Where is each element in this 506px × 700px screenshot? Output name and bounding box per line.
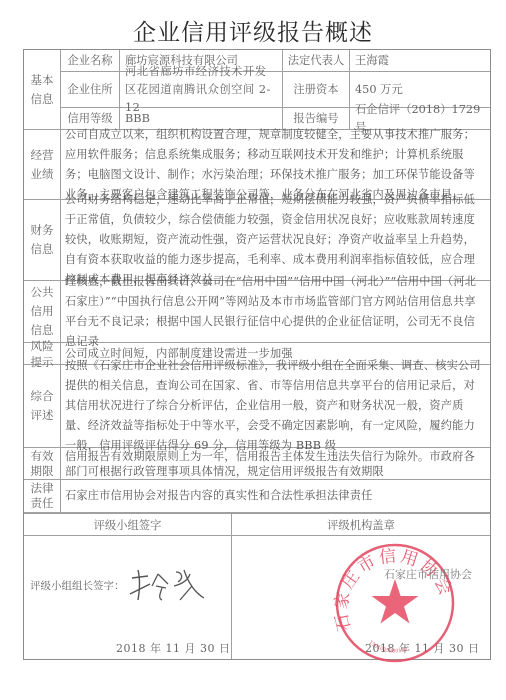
field-label: 企业名称 (61, 50, 120, 71)
rating-team-signature: 评级小组签字 评级小组组长签字： 2018 年 11 月 30 日 (24, 514, 232, 659)
field-label: 法定代表人 (283, 50, 350, 71)
section-text: 按照《石家庄市企业社会信用评级标准》，我评级小组在全面采集、调查、核实公司提供的… (61, 365, 490, 447)
section-text: 石家庄市信用协会对报告内容的真实性和合法性承担法律责任 (61, 480, 490, 512)
section-basic-info: 基本信息 企业名称 廊坊宸源科技有限公司 法定代表人 王海霞 企业住所 河北省廊… (24, 50, 490, 130)
handwritten-signature-icon (128, 564, 208, 604)
team-sign-date: 2018 年 11 月 30 日 (116, 640, 230, 656)
section-overall-review: 综合评述 按照《石家庄市企业社会信用评级标准》，我评级小组在全面采集、调查、核实… (24, 365, 490, 448)
field-label: 企业住所 (61, 72, 120, 107)
field-label: 注册资本 (283, 72, 350, 107)
section-text: 公司自成立以来，组织机构设置合理，规章制度较健全，主要从事技术推广服务；应用软件… (61, 130, 490, 199)
section-label: 有效期限 (24, 448, 61, 479)
svg-text:1301035200130: 1301035200130 (368, 640, 409, 655)
organization-name: 石家庄市信用协会 (384, 566, 472, 582)
basic-info-grid: 企业名称 廊坊宸源科技有限公司 法定代表人 王海霞 企业住所 河北省廊坊市经济技… (61, 50, 490, 129)
page-title: 企业信用评级报告概述 (0, 14, 506, 47)
rating-team-signature-body: 评级小组组长签字： 2018 年 11 月 30 日 (24, 536, 231, 659)
company-address: 河北省廊坊市经济技术开发区花园道南腾讯众创空间 2-12 (120, 72, 283, 107)
official-seal-icon: 石家庄市信用协会 1301035200130 (333, 541, 457, 665)
section-label: 风险提示 (24, 343, 61, 364)
section-label: 基本信息 (24, 50, 61, 129)
section-validity-period: 有效期限 信用报告有效期限原则上为一年，信用报告主体发生违法失信行为除外。市政府… (24, 448, 490, 480)
rating-agency-seal-header: 评级机构盖章 (232, 514, 490, 536)
section-label: 经营业绩 (24, 130, 61, 199)
section-label: 综合评述 (24, 365, 61, 447)
legal-representative: 王海霞 (350, 50, 490, 71)
section-text: 经核查，截止报告出具日，公司在“信用中国”“信用中国（河北）”“信用中国（河北石… (61, 281, 490, 342)
section-label: 法律责任 (24, 480, 61, 512)
section-text: 信用报告有效期限原则上为一年，信用报告主体发生违法失信行为除外。市政府各部门可根… (61, 448, 490, 479)
section-label: 财务信息 (24, 200, 61, 280)
section-public-credit-info: 公共信用信息 经核查，截止报告出具日，公司在“信用中国”“信用中国（河北）”“信… (24, 281, 490, 343)
section-label: 公共信用信息 (24, 281, 61, 342)
section-text: 公司财务结构稳定，速动比率高于正常值，短期偿债能力较强，资产负债率指标低于正常值… (61, 200, 490, 280)
section-financial-info: 财务信息 公司财务结构稳定，速动比率高于正常值，短期偿债能力较强，资产负债率指标… (24, 200, 490, 281)
section-legal-responsibility: 法律责任 石家庄市信用协会对报告内容的真实性和合法性承担法律责任 (24, 480, 490, 513)
rating-team-signature-header: 评级小组签字 (24, 514, 231, 536)
team-leader-label: 评级小组组长签字： (30, 578, 125, 593)
